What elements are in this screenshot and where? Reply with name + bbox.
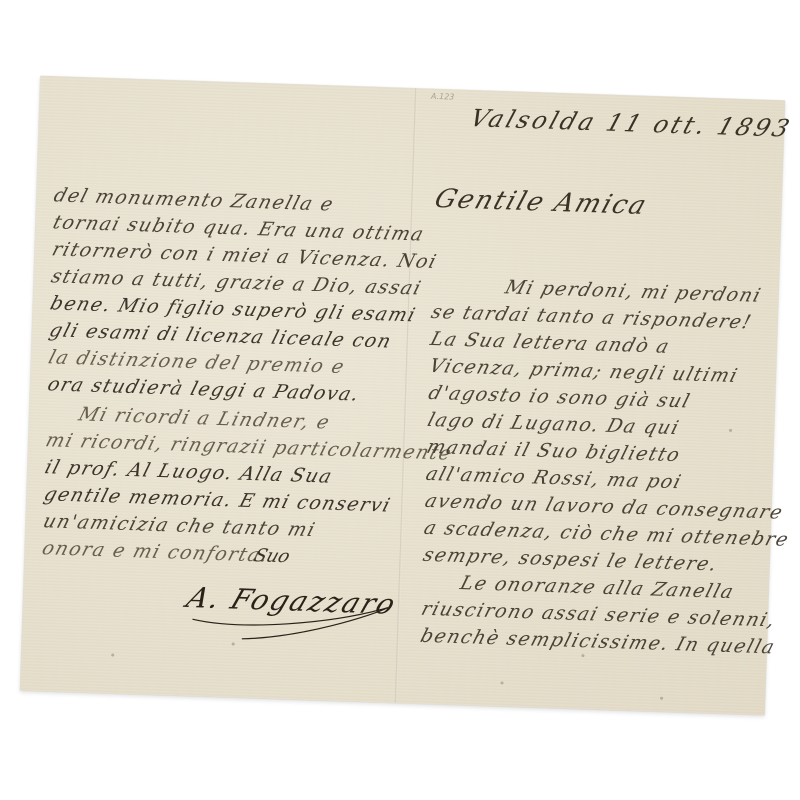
letter-line: Mi ricordi a Lindner, e xyxy=(76,403,333,433)
photo-stage: del monumento Zanella e tornai subito qu… xyxy=(0,0,800,800)
letter-line: mandai il Suo biglietto xyxy=(424,436,683,466)
letter-line: Mi perdoni, mi perdoni xyxy=(503,276,765,306)
letter-line: il prof. Al Luogo. Alla Sua xyxy=(42,456,335,487)
letter-line: un'amicizia che tanto mi xyxy=(41,510,319,541)
letter-line: d'agosto io sono già sul xyxy=(426,382,693,412)
letter-line: La Sua lettera andò a xyxy=(428,328,673,358)
archive-pencil-note: A.123 xyxy=(431,93,455,101)
letter-line: Le onoranze alla Zanella xyxy=(458,572,737,603)
letter-sheet: del monumento Zanella e tornai subito qu… xyxy=(20,76,785,715)
letter-line: del monumento Zanella e xyxy=(51,184,336,215)
right-page: A.123 Valsolda 11 ott. 1893 Gentile Amic… xyxy=(397,88,785,715)
letter-line: benchè semplicissime. In quella xyxy=(418,625,778,659)
letter-line: sempre, sospesi le lettere. xyxy=(421,544,721,576)
letter-line: all'amico Rossi, ma poi xyxy=(423,463,684,493)
letter-line: la distinzione del premio e xyxy=(46,346,348,378)
letter-line: lago di Lugano. Da qui xyxy=(425,409,682,439)
letter-line: onora e mi conforta. xyxy=(40,537,272,566)
left-page: del monumento Zanella e tornai subito qu… xyxy=(20,76,415,703)
letter-line: ora studierà leggi a Padova. xyxy=(45,373,363,405)
signature: A. Fogazzaro xyxy=(182,581,402,621)
letter-date: Valsolda 11 ott. 1893 xyxy=(467,104,796,142)
letter-salutation: Gentile Amica xyxy=(431,184,652,221)
letter-closing: Suo xyxy=(251,545,292,567)
letter-line: Vicenza, prima; negli ultimi xyxy=(427,355,741,387)
